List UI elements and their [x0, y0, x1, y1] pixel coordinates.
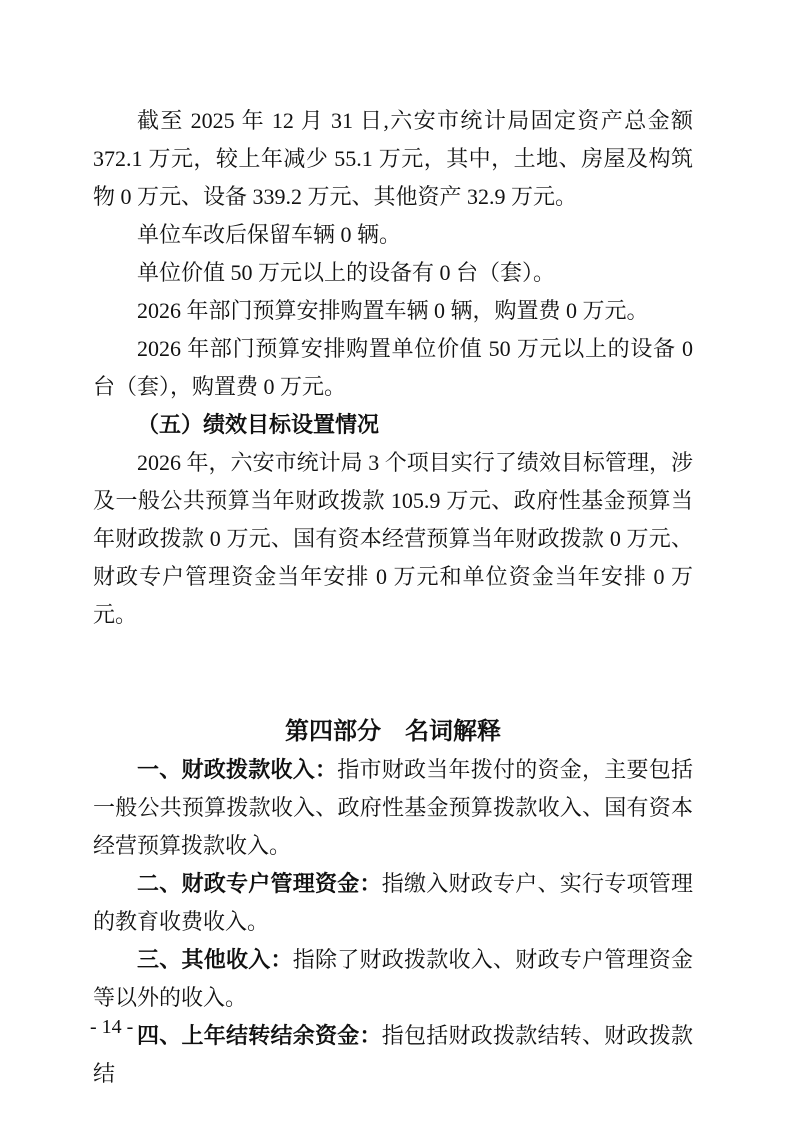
term-fiscal-special-account-funds: 二、财政专户管理资金：指缴入财政专户、实行专项管理的教育收费收入。: [93, 865, 693, 941]
paragraph-vehicles-retained: 单位车改后保留车辆 0 辆。: [93, 216, 693, 254]
paragraph-fixed-assets: 截至 2025 年 12 月 31 日,六安市统计局固定资产总金额 372.1 …: [93, 102, 693, 216]
page-number: - 14 -: [90, 1014, 133, 1040]
paragraph-2026-equipment-purchase: 2026 年部门预算安排购置单位价值 50 万元以上的设备 0 台（套），购置费…: [93, 330, 693, 406]
term-fiscal-appropriation-income-lead: 一、财政拨款收入：: [137, 757, 337, 782]
paragraph-performance-targets: 2026 年，六安市统计局 3 个项目实行了绩效目标管理，涉及一般公共预算当年财…: [93, 444, 693, 634]
section-heading-performance-targets: （五）绩效目标设置情况: [93, 406, 693, 444]
paragraph-2026-vehicle-purchase: 2026 年部门预算安排购置车辆 0 辆，购置费 0 万元。: [93, 292, 693, 330]
term-fiscal-appropriation-income: 一、财政拨款收入：指市财政当年拨付的资金，主要包括一般公共预算拨款收入、政府性基…: [93, 751, 693, 865]
paragraph-equipment-over-50w: 单位价值 50 万元以上的设备有 0 台（套）。: [93, 254, 693, 292]
term-carryover-surplus-funds: 四、上年结转结余资金：指包括财政拨款结转、财政拨款结: [93, 1017, 693, 1093]
part-four-heading: 第四部分 名词解释: [93, 713, 693, 751]
term-carryover-surplus-funds-lead: 四、上年结转结余资金：: [137, 1023, 382, 1048]
document-body: 截至 2025 年 12 月 31 日,六安市统计局固定资产总金额 372.1 …: [93, 102, 693, 1093]
term-other-income: 三、其他收入：指除了财政拨款收入、财政专户管理资金等以外的收入。: [93, 941, 693, 1017]
document-page: 截至 2025 年 12 月 31 日,六安市统计局固定资产总金额 372.1 …: [0, 0, 793, 1122]
term-fiscal-special-account-funds-lead: 二、财政专户管理资金：: [137, 871, 382, 896]
term-other-income-lead: 三、其他收入：: [137, 947, 293, 972]
